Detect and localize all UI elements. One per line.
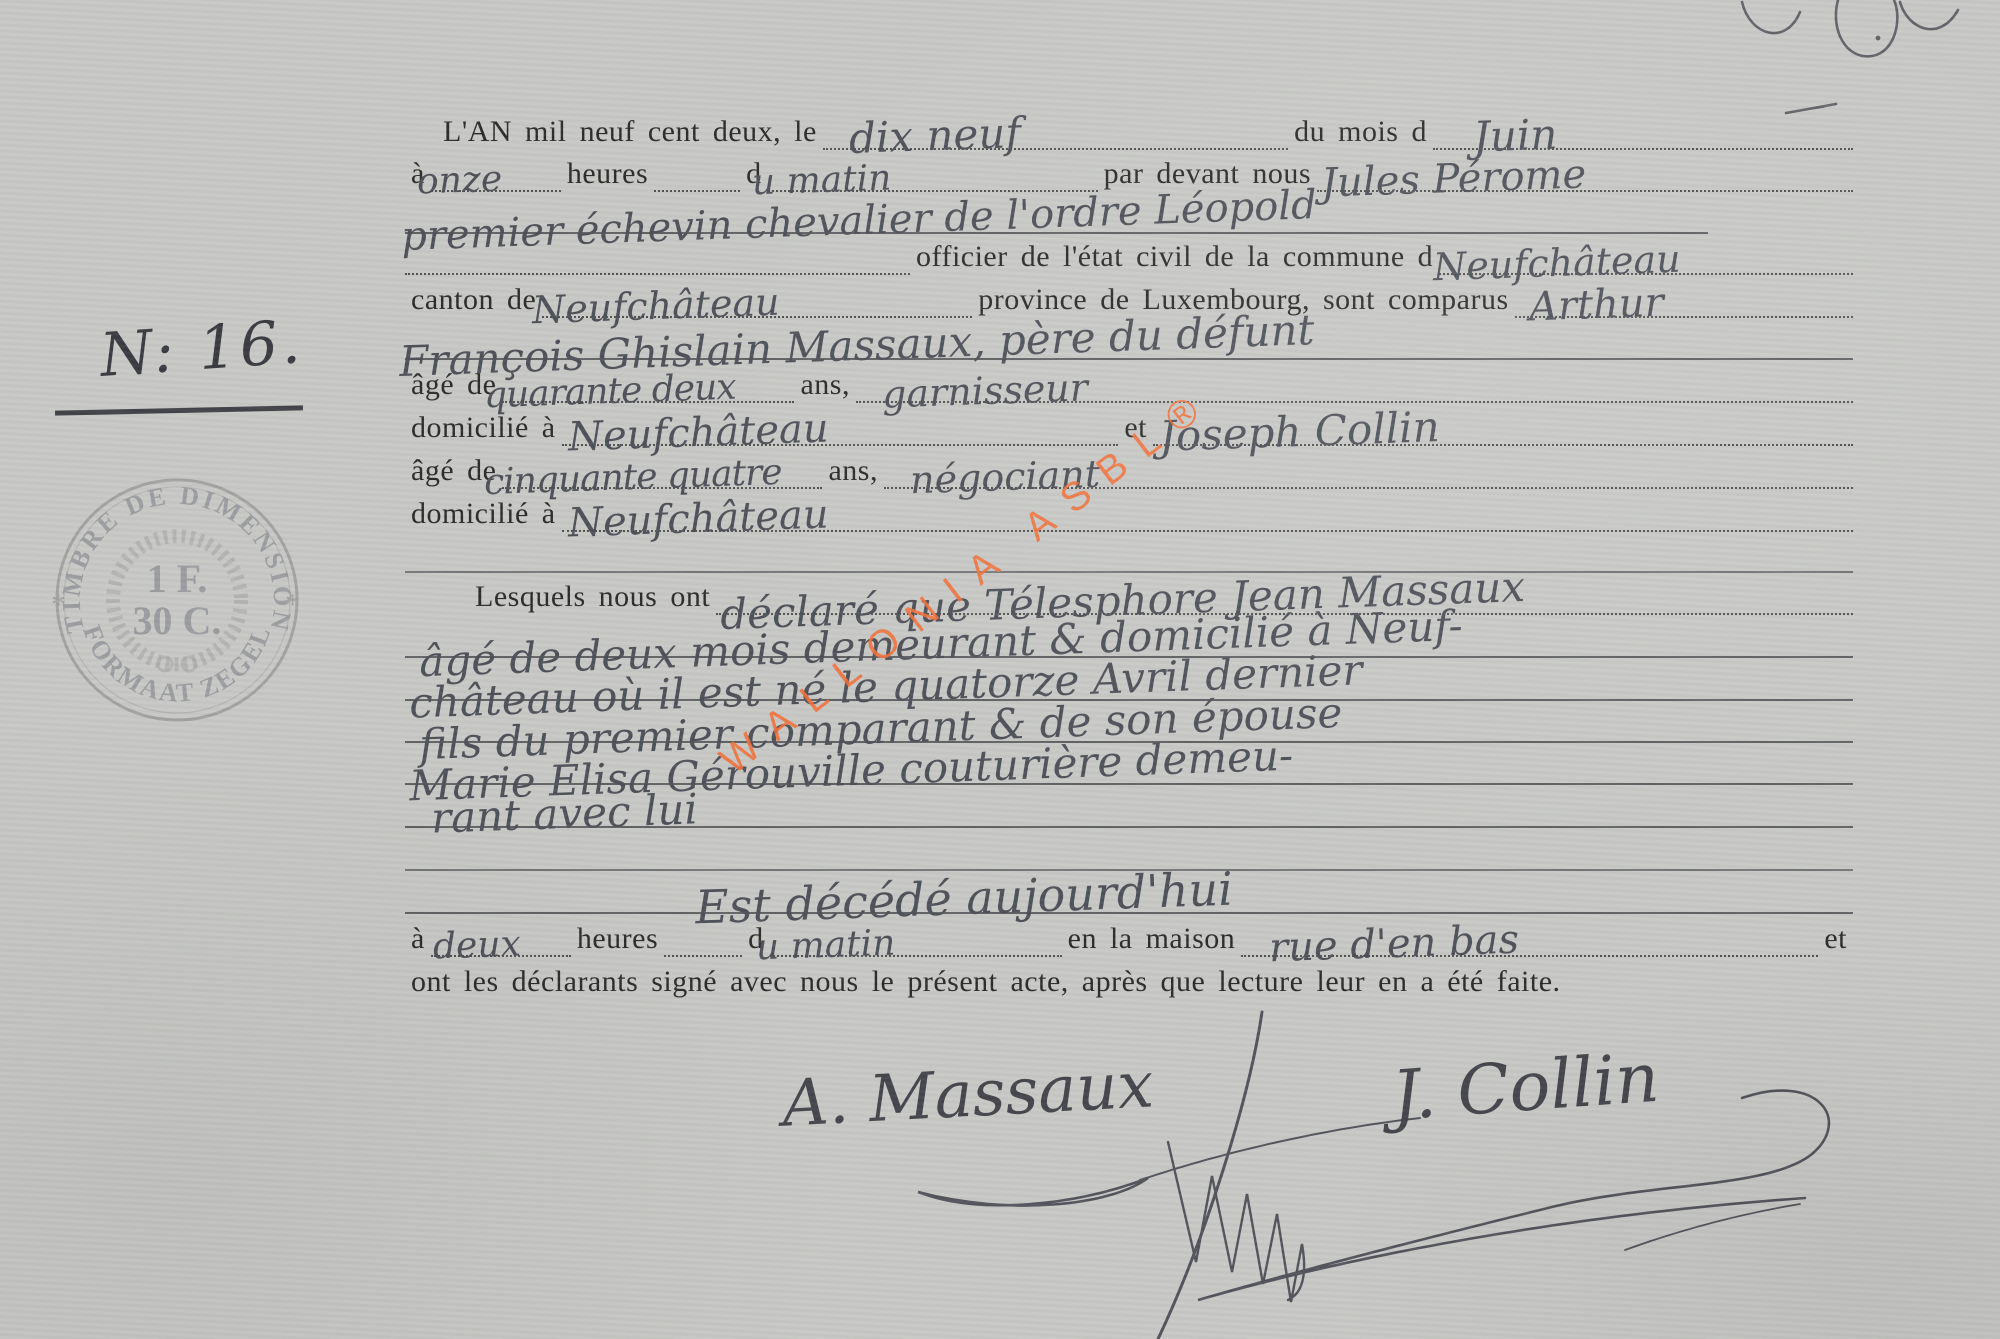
form-line-14: château où il est né le quatorze Avril d…	[405, 655, 1853, 701]
stamp-value-top: 1 F.	[147, 556, 208, 601]
age1-field: quarante deux	[502, 357, 794, 403]
printed-year-label: L'AN mil neuf cent deux, le	[437, 116, 823, 150]
document-number: N: 16.	[98, 315, 304, 383]
death-statement-rule: Est décédé aujourd'hui	[405, 868, 1853, 914]
blank-rule	[405, 825, 1853, 871]
paragraph-rule: Marie Elisa Gérouville couturière demeu-	[405, 739, 1853, 785]
death-hour-field: deux	[431, 911, 571, 957]
domicile1-field: Neufchâteau	[562, 400, 1119, 446]
form-line-6: François Ghislain Massaux, père du défun…	[405, 314, 1853, 360]
printed-canton: canton de	[405, 284, 542, 318]
blank-fill	[654, 146, 740, 192]
declarant2-name-field: Joseph Collin	[1153, 400, 1853, 446]
printed-years: ans,	[822, 455, 884, 489]
stamp-value-bottom: 30 C.	[133, 598, 222, 643]
form-line-16: Marie Elisa Gérouville couturière demeu-	[405, 739, 1853, 785]
death-place-field: rue d'en bas	[1241, 911, 1818, 957]
form-line-12: Lesquels nous ont déclaré que Télesphore…	[405, 569, 1853, 615]
form-line-11	[405, 527, 1853, 573]
blank-rule	[405, 527, 1853, 573]
declarant1-first-field: Arthur	[1515, 272, 1853, 318]
officer-name-field: Jules Pérome	[1317, 146, 1853, 192]
paragraph-rule: château où il est né le quatorze Avril d…	[405, 655, 1853, 701]
corner-pen-mark	[1700, 0, 2000, 130]
form-line-17: rant avec lui	[405, 782, 1853, 828]
printed-in-house: en la maison	[1062, 923, 1242, 957]
form-line-13: âgé de deux mois demeurant & domicilié à…	[405, 612, 1853, 658]
domicile2-field: Neufchâteau	[562, 486, 1853, 532]
blank-fill	[405, 229, 910, 275]
form-line-1: L'AN mil neuf cent deux, le dix neuf du …	[405, 104, 1853, 150]
day-field: dix neuf	[823, 104, 1288, 150]
form-line-7: âgé de quarante deux ans, garnisseur	[405, 357, 1853, 403]
form-line-21: ont les déclarants signé avec nous le pr…	[405, 954, 1853, 1000]
death-ampm-field: u matin	[770, 911, 1062, 957]
age2-field: cinquante quatre	[502, 443, 822, 489]
form-line-18	[405, 825, 1853, 871]
paragraph-rule: âgé de deux mois demeurant & domicilié à…	[405, 612, 1853, 658]
printed-domiciled: domicilié à	[405, 412, 562, 446]
hour-field: onze	[431, 146, 561, 192]
form-line-2: à onze heures d u matin par devant nous …	[405, 146, 1853, 192]
printed-at: à	[405, 923, 431, 957]
printed-civil-officer: officier de l'état civil de la commune d	[910, 241, 1439, 275]
stamp-ornament-right: *	[285, 588, 300, 621]
printed-month-label: du mois d	[1288, 116, 1433, 150]
death-certificate-scan: N: 16. TIMBRE DE DIMENSION FORMAAT ZEGEL…	[0, 0, 2000, 1339]
paragraph-rule: rant avec lui	[405, 782, 1853, 828]
form-line-19: Est décédé aujourd'hui	[405, 868, 1853, 914]
stamp-ornament-left: *	[51, 588, 66, 621]
profession1-field: garnisseur	[856, 357, 1853, 403]
printed-closing-sentence: ont les déclarants signé avec nous le pr…	[405, 966, 1567, 1000]
printed-et: et	[1818, 923, 1853, 957]
fiscal-stamp: TIMBRE DE DIMENSION FORMAAT ZEGEL 1 F. 3…	[45, 458, 311, 744]
canton-field: Neufchâteau	[542, 272, 972, 318]
form-line-20: à deux heures d u matin en la maison rue…	[405, 911, 1853, 957]
printed-lesquels: Lesquels nous ont	[469, 581, 716, 615]
document-number-underline	[55, 405, 303, 415]
ampm-field: u matin	[768, 146, 1098, 192]
printed-years: ans,	[794, 369, 856, 403]
commune-field: Neufchâteau	[1439, 229, 1853, 275]
blank-fill	[664, 911, 742, 957]
signature-flourishes	[0, 1000, 2000, 1339]
profession2-field: négociant	[884, 443, 1853, 489]
printed-hours: heures	[571, 923, 664, 957]
printed-hours: heures	[561, 158, 654, 192]
officer-title-field: premier échevin chevalier de l'ordre Léo…	[405, 188, 1708, 234]
form-line-3: premier échevin chevalier de l'ordre Léo…	[405, 188, 1853, 234]
declarant1-name-field: François Ghislain Massaux, père du défun…	[405, 314, 1853, 360]
form-line-10: domicilié à Neufchâteau	[405, 486, 1853, 532]
form-line-4: officier de l'état civil de la commune d…	[405, 229, 1853, 275]
